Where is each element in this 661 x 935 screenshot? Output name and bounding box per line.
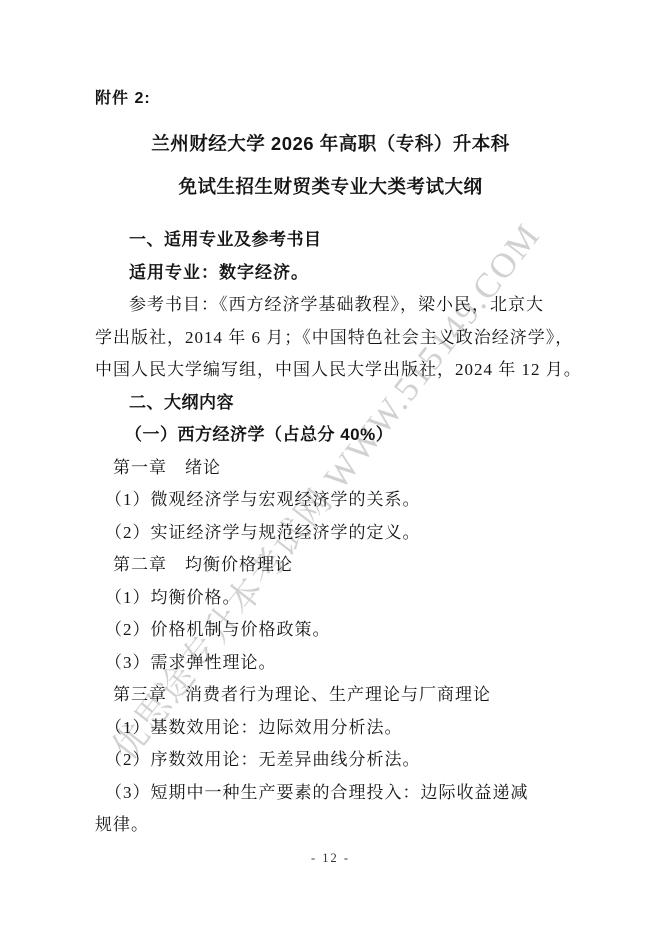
document-title-line-1: 兰州财经大学 2026 年高职（专科）升本科 bbox=[0, 131, 661, 157]
page-number: - 12 - bbox=[0, 851, 661, 866]
chapter-1-item-1: （1）微观经济学与宏观经济学的关系。 bbox=[95, 484, 575, 517]
document-page: 优思途专升本考试网 WWW.515149.COM 附件 2: 兰州财经大学 20… bbox=[0, 0, 661, 935]
chapter-3-item-3-line-1: （3）短期中一种生产要素的合理投入：边际收益递减 bbox=[95, 777, 575, 810]
reference-books-line-3: 中国人民大学编写组，中国人民大学出版社，2024 年 12 月。 bbox=[95, 354, 575, 387]
applicable-major-line: 适用专业：数字经济。 bbox=[95, 257, 575, 290]
section-heading-majors-and-books: 一、适用专业及参考书目 bbox=[95, 224, 575, 257]
reference-books-line-2: 学出版社，2014 年 6 月；《中国特色社会主义政治经济学》， bbox=[95, 322, 575, 355]
document-content: 一、适用专业及参考书目 适用专业：数字经济。 参考书目：《西方经济学基础教程》，… bbox=[95, 224, 575, 842]
chapter-3-item-3-line-2: 规律。 bbox=[95, 809, 575, 842]
chapter-2-heading: 第二章 均衡价格理论 bbox=[95, 549, 575, 582]
attachment-label: 附件 2: bbox=[95, 88, 151, 110]
chapter-2-item-1: （1）均衡价格。 bbox=[95, 582, 575, 615]
chapter-1-heading: 第一章 绪论 bbox=[95, 452, 575, 485]
reference-books-line-1: 参考书目：《西方经济学基础教程》，梁小民，北京大 bbox=[95, 289, 575, 322]
chapter-2-item-3: （3）需求弹性理论。 bbox=[95, 647, 575, 680]
chapter-3-item-1: （1）基数效用论：边际效用分析法。 bbox=[95, 712, 575, 745]
document-title-line-2: 免试生招生财贸类专业大类考试大纲 bbox=[0, 174, 661, 200]
subsection-western-economics: （一）西方经济学（占总分 40%） bbox=[95, 419, 575, 452]
chapter-1-item-2: （2）实证经济学与规范经济学的定义。 bbox=[95, 517, 575, 550]
section-heading-outline-content: 二、大纲内容 bbox=[95, 387, 575, 420]
chapter-3-heading: 第三章 消费者行为理论、生产理论与厂商理论 bbox=[95, 679, 575, 712]
chapter-3-item-2: （2）序数效用论：无差异曲线分析法。 bbox=[95, 744, 575, 777]
chapter-2-item-2: （2）价格机制与价格政策。 bbox=[95, 614, 575, 647]
